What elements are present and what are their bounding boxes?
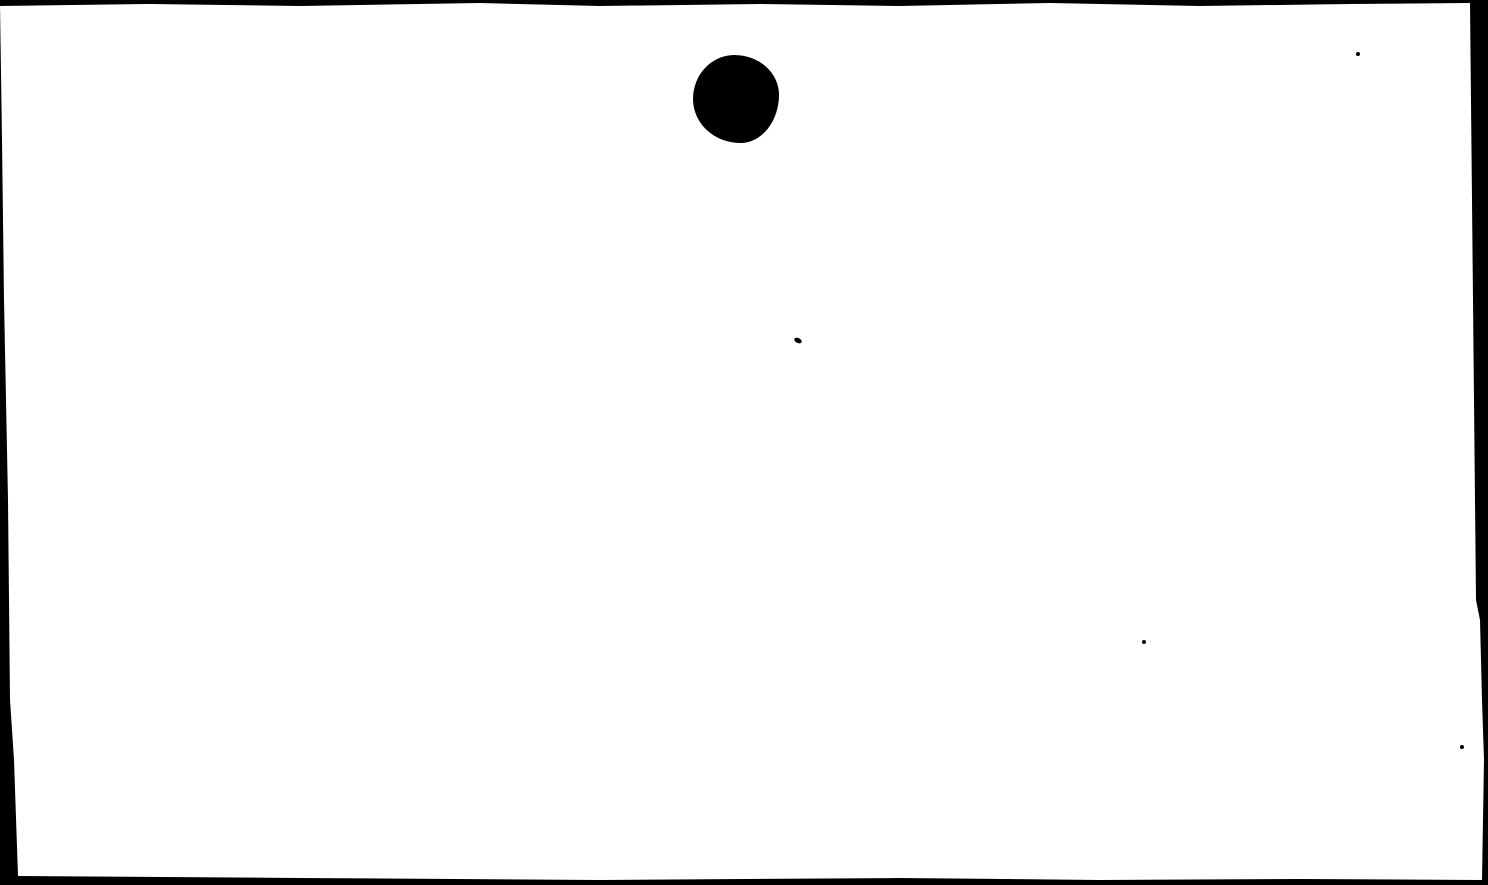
punched-hole — [693, 55, 779, 143]
dust-speck — [1460, 745, 1464, 749]
dust-speck — [1356, 52, 1360, 56]
dust-speck — [1142, 640, 1146, 644]
